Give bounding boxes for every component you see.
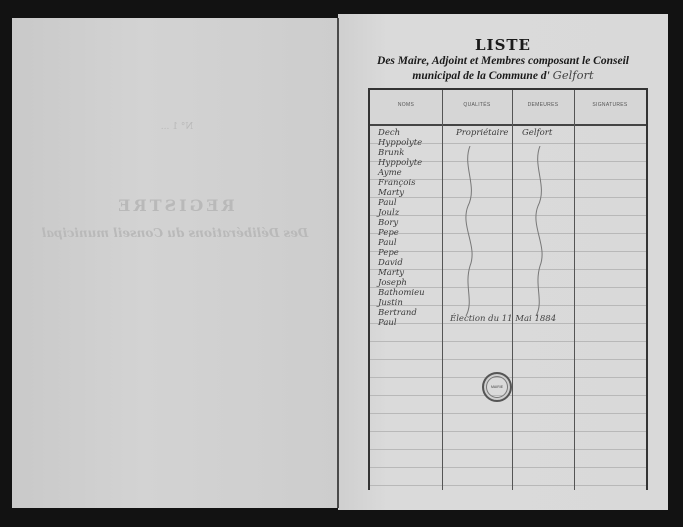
column-divider	[574, 90, 575, 490]
member-name: Marty Joseph	[378, 268, 407, 288]
member-demeure: Gelfort	[522, 128, 552, 138]
column-header-demeures: DEMEURES	[512, 102, 574, 108]
member-name: Marty Paul	[378, 188, 404, 208]
member-name: Ayme François	[378, 168, 415, 188]
right-page: LISTE Des Maire, Adjoint et Membres comp…	[338, 14, 668, 510]
member-name: Bertrand Paul	[378, 308, 417, 328]
column-header-qualites: QUALITÉS	[442, 102, 512, 108]
page-title: LISTE	[338, 36, 668, 54]
page-subtitle-line1: Des Maire, Adjoint et Membres composant …	[338, 54, 668, 68]
binding-thread	[337, 18, 339, 508]
column-divider	[442, 90, 443, 490]
bleed-through-number: N° 1 ...	[92, 122, 262, 132]
member-name: Dech Hyppolyte	[378, 128, 422, 148]
member-qualite: Propriétaire	[456, 128, 508, 138]
ditto-mark-demeure	[530, 146, 550, 316]
left-page: N° 1 ... REGISTRE Des Délibérations du C…	[12, 18, 338, 508]
bleed-through-title: REGISTRE	[12, 196, 338, 215]
member-name: Joulz Bory	[378, 208, 399, 228]
commune-name: Gelfort	[553, 68, 594, 82]
column-header-signatures: SIGNATURES	[574, 102, 646, 108]
column-header-noms: NOMS	[370, 102, 442, 108]
page-subtitle-line2: municipal de la Commune d'	[412, 70, 549, 82]
mairie-stamp-icon: MAIRIE	[482, 372, 512, 402]
page-heading: LISTE Des Maire, Adjoint et Membres comp…	[338, 36, 668, 83]
ditto-mark-qualite	[460, 146, 480, 316]
member-name: Bathomieu Justin	[378, 288, 425, 308]
member-name: Pepe David	[378, 248, 403, 268]
table-header: NOMS QUALITÉS DEMEURES SIGNATURES	[370, 90, 646, 126]
column-divider	[512, 90, 513, 490]
member-name: Brunk Hyppolyte	[378, 148, 422, 168]
bleed-through-subtitle: Des Délibérations du Conseil municipal	[12, 226, 338, 240]
election-note: Élection du 11 Mai 1884	[450, 314, 556, 324]
member-name: Pepe Paul	[378, 228, 399, 248]
council-members-table: NOMS QUALITÉS DEMEURES SIGNATURES Dech H…	[368, 88, 648, 490]
